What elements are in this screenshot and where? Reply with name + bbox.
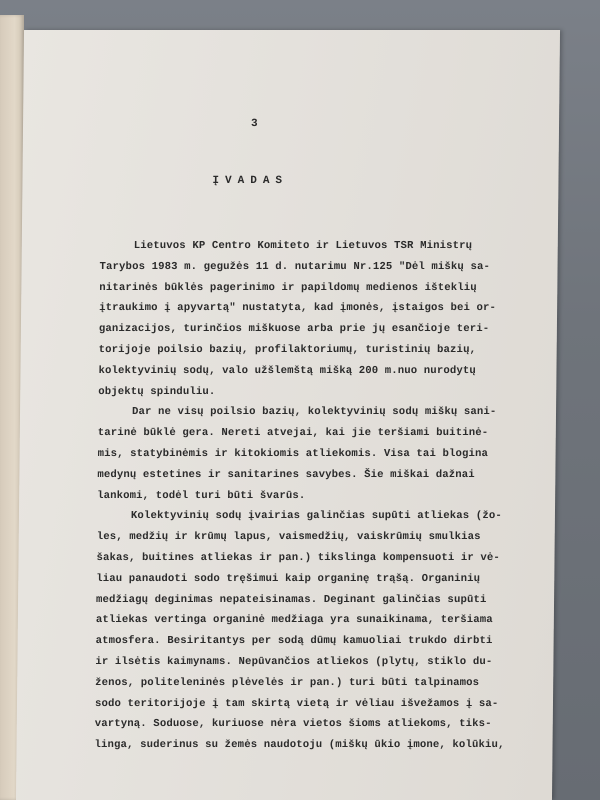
text-line: sodo teritorijoje į tam skirtą vietą ir …	[95, 694, 555, 715]
text-line: mis, statybinėmis ir kitokiomis atliekom…	[97, 444, 557, 465]
text-line: kolektyvinių sodų, valo užšlemštą mišką …	[98, 361, 558, 382]
text-line: lankomi, todėl turi būti švarūs.	[97, 486, 557, 507]
body-text: Lietuvos KP Centro Komiteto ir Lietuvos …	[94, 236, 559, 756]
document-page: 3 ĮVADAS Lietuvos KP Centro Komiteto ir …	[16, 30, 560, 800]
text-line: medžiagų deginimas nepateisinamas. Degin…	[96, 590, 556, 611]
text-line: Tarybos 1983 m. gegužės 11 d. nutarimu N…	[99, 257, 559, 278]
section-heading: ĮVADAS	[212, 175, 288, 187]
text-line: ženos, politeleninės plėvelės ir pan.) t…	[95, 673, 555, 694]
text-line: Kolektyvinių sodų įvairias galinčias sup…	[97, 506, 557, 527]
text-line: les, medžių ir krūmų lapus, vaismedžių, …	[97, 527, 557, 548]
text-line: objektų spinduliu.	[98, 382, 558, 403]
text-line: torijoje poilsio bazių, profilaktoriumų,…	[99, 340, 559, 361]
text-line: liau panaudoti sodo tręšimui kaip organi…	[96, 569, 556, 590]
text-line: vartyną. Soduose, kuriuose nėra vietos š…	[95, 714, 555, 735]
text-line: linga, suderinus su žemės naudotoju (miš…	[94, 735, 554, 756]
text-line: medynų estetines ir sanitarines savybes.…	[97, 465, 557, 486]
page-number: 3	[251, 118, 258, 130]
text-line: įtraukimo į apyvartą" nustatyta, kad įmo…	[99, 298, 559, 319]
text-line: atliekas vertinga organinė medžiaga yra …	[96, 610, 556, 631]
text-line: nitarinės būklės pagerinimo ir papildomų…	[99, 278, 559, 299]
text-line: ganizacijos, turinčios miškuose arba pri…	[99, 319, 559, 340]
text-line: Dar ne visų poilsio bazių, kolektyvinių …	[98, 402, 558, 423]
text-line: šakas, buitines atliekas ir pan.) tiksli…	[96, 548, 556, 569]
text-line: atmosfera. Besiritantys per sodą dūmų ka…	[96, 631, 556, 652]
text-line: Lietuvos KP Centro Komiteto ir Lietuvos …	[100, 236, 560, 257]
text-line: tarinė būklė gera. Nereti atvejai, kai j…	[98, 423, 558, 444]
text-line: ir ilsėtis kaimynams. Nepūvančios atliek…	[95, 652, 555, 673]
